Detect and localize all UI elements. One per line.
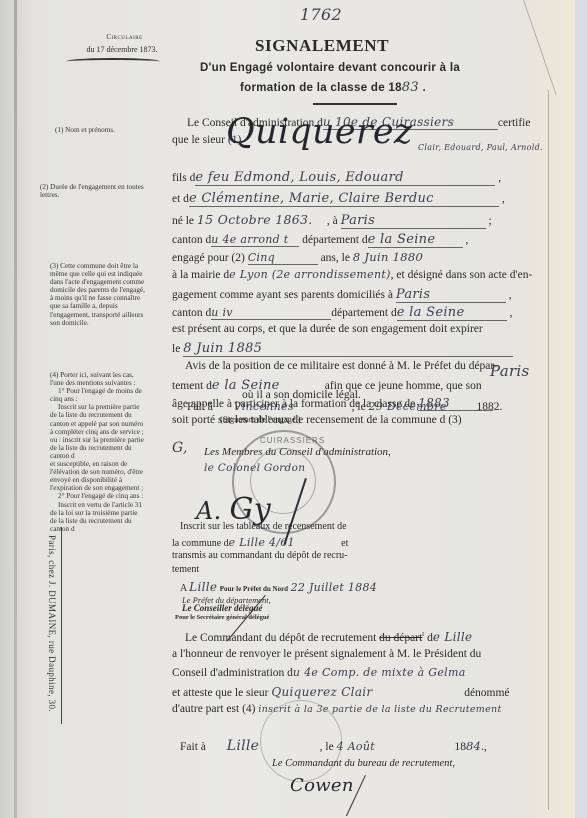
inscription-place-field: Lille xyxy=(189,580,217,594)
parents-line: gagement comme ayant ses parents domicil… xyxy=(172,287,512,303)
fait-le-label: , le xyxy=(352,401,366,413)
father-label: fils d xyxy=(172,172,195,184)
printer-rule xyxy=(61,527,62,724)
canton-label: canton d xyxy=(172,234,211,246)
inscription-line-4: tement xyxy=(172,564,199,575)
inscription-line-1: Inscrit sur les tableaux de recensement … xyxy=(180,521,347,532)
fait2-year-prefix: 18 xyxy=(454,741,466,753)
inscription-prefet-stamp: Pour le Préfet du Nord xyxy=(220,585,288,593)
commandant-line-1: Le Commandant du dépôt de recrutement du… xyxy=(185,630,472,644)
stamp-text-top: CUIRASSIERS xyxy=(260,436,325,445)
recensement-label: soit porté sur les tableaux de recenseme… xyxy=(172,414,462,426)
canton2-label: canton d xyxy=(172,307,211,319)
mairie-line: à la mairie de Lyon (2e arrondissement),… xyxy=(172,268,532,281)
ans-label: ans, le xyxy=(321,252,350,264)
inscription-commune-field: e Lille 4/61 xyxy=(229,536,339,549)
mother-label: et d xyxy=(172,193,189,205)
mairie-end: , et désigné dans son acte d'en- xyxy=(391,269,533,281)
birth-line: né le 15 Octobre 1863., à Paris ; xyxy=(172,212,492,229)
title-rule xyxy=(313,103,397,105)
council-admin-label: Conseil d'administration d xyxy=(172,667,293,679)
atteste-name-field: Quiquerez Clair xyxy=(271,685,461,699)
secretaire-label: Pour le Secrétaire général délégué xyxy=(175,614,269,621)
inscription-et: et xyxy=(341,538,348,549)
dept2-label: département d xyxy=(331,307,396,319)
atteste-label: et atteste que le sieur xyxy=(172,687,268,699)
fait2-le-label: , le xyxy=(320,741,334,753)
subtitle-print: formation de la classe de 18 xyxy=(240,82,402,94)
recensement-line: soit porté sur les tableaux de recenseme… xyxy=(172,414,462,426)
mairie-label: à la mairie d xyxy=(172,269,229,281)
expire-line: le 8 Juin 1885 xyxy=(172,341,513,357)
fait2-label: Fait à xyxy=(180,741,206,753)
council-admin-field: u 4e Comp. de mixte à Gelma xyxy=(293,666,466,679)
commandant-label: Le Commandant du dépôt de recrutement xyxy=(185,632,376,644)
fait-year-field: 1882. xyxy=(476,401,502,413)
commandant-line-2: a l'honneur de renvoyer le présent signa… xyxy=(172,648,481,660)
birth-place-field: Paris xyxy=(341,213,486,229)
fait-line-2: Fait à Lille , le 4 Août 1884., xyxy=(180,738,487,754)
note4-case2-title: 2° Pour l'engagé de cinq ans : xyxy=(50,492,145,500)
document-subtitle-line1: D'un Engagé volontaire devant concourir … xyxy=(200,62,460,74)
engagement-line: engagé pour (2) Cinq ans, le 8 Juin 1880 xyxy=(172,250,423,265)
fait-date-field: 29 Décembre xyxy=(369,400,474,413)
circular-label: Circulaire xyxy=(82,33,167,41)
decorative-brace xyxy=(66,58,160,65)
fait-place-field: Vincennes xyxy=(234,400,349,413)
surname-field: Quiquerez xyxy=(226,112,413,152)
paper-edge-right xyxy=(548,90,549,810)
canton2-line: canton du ivdépartement de la Seine , xyxy=(172,305,513,321)
inscription-a-line: A Lille Pour le Préfet du Nord 22 Juille… xyxy=(180,580,377,594)
fait-label: Fait à xyxy=(187,401,213,413)
document-title: SIGNALEMENT xyxy=(255,36,389,56)
commandant-line-5: d'autre part est (4) inscrit à la 3e par… xyxy=(172,703,502,715)
canton-field: u 4e arrond t xyxy=(211,233,299,247)
a-label: A xyxy=(180,583,187,594)
autre-part-label: d'autre part est (4) xyxy=(172,703,256,715)
recensement-place-field: Paris xyxy=(490,362,530,380)
signature-label: (Signature de l'engagé.) xyxy=(220,414,301,424)
engaged-date-field: 8 Juin 1880 xyxy=(353,250,423,264)
note4-intro: (4) Porter ici, suivant les cas, l'une d… xyxy=(50,371,145,387)
note4-case2-text: Inscrit en vertu de l'article 31 de la l… xyxy=(50,501,145,533)
expire-date-field: 8 Juin 1885 xyxy=(183,341,513,357)
signer-label: Le Commandant du bureau de recrutement, xyxy=(272,758,455,769)
mother-field: e Clémentine, Marie, Claire Berduc xyxy=(189,191,499,207)
note4-case1-text: Inscrit sur la première partie de la lis… xyxy=(50,403,145,460)
commandant-line-4: et atteste que le sieur Quiquerez Clair … xyxy=(172,685,510,699)
father-line: fils de feu Edmond, Louis, Edouard , xyxy=(172,170,501,186)
fait2-date-field: 4 Août xyxy=(337,740,452,753)
avis-text: Avis de la position de ce militaire est … xyxy=(185,360,498,372)
commandant-signature: Cowen xyxy=(290,775,354,796)
document-subtitle-line2: formation de la classe de 1883 . xyxy=(240,80,426,95)
margin-note-4: (4) Porter ici, suivant les cas, l'une d… xyxy=(50,371,145,533)
born-at-label: , à xyxy=(327,215,338,227)
certifie-label: certifie xyxy=(498,117,531,129)
engaged-label: engagé pour (2) xyxy=(172,252,245,264)
canton-line: canton du 4e arrond t département de la … xyxy=(172,232,468,248)
given-names-field: Clair, Edouard, Paul, Arnold. xyxy=(418,143,543,152)
inscription-line-2: la commune de Lille 4/61 et xyxy=(172,536,348,549)
dept-label: département d xyxy=(302,234,367,246)
subtitle-class-year: 83 xyxy=(402,80,419,95)
born-label: né le xyxy=(172,215,194,227)
commandant-line-3: Conseil d'administration du 4e Comp. de … xyxy=(172,666,466,679)
birth-date-field: 15 Octobre 1863. xyxy=(197,212,327,227)
fait2-year-hand: 84 xyxy=(466,739,481,753)
note4-case1-text2: et susceptible, en raison de l'élévation… xyxy=(50,460,145,492)
present-text: est présent au corps, et que la durée de… xyxy=(172,323,483,335)
avis-dept-label: tement d xyxy=(172,380,212,392)
parents-place-field: Paris xyxy=(396,287,506,303)
parents-label: gagement comme ayant ses parents domicil… xyxy=(172,289,393,301)
mairie-field: e Lyon (2e arrondissement) xyxy=(229,268,391,281)
dept2-field: e la Seine xyxy=(397,305,507,321)
paper-edge-left xyxy=(14,0,17,818)
mother-line: et de Clémentine, Marie, Claire Berduc , xyxy=(172,191,505,207)
inscription-date-field: 22 Juillet 1884 xyxy=(291,581,377,594)
margin-note-1: (1) Nom et prénoms. xyxy=(55,126,115,134)
subtitle-period: . xyxy=(422,82,426,94)
fait2-place-field: Lille xyxy=(227,738,317,754)
inscription-line-3: transmis au commandant du dépôt de recru… xyxy=(172,550,348,561)
dept-field: e la Seine xyxy=(368,232,463,248)
fait-line-1: Fait à Vincennes , le 29 Décembre 1882. xyxy=(187,400,502,413)
expire-label: le xyxy=(172,343,180,355)
father-field: e feu Edmond, Louis, Edouard xyxy=(195,170,495,186)
printer-imprint: Paris, chez J. DUMAINE, rue Dauphine, 30… xyxy=(47,535,57,712)
margin-note-2: (2) Durée de l'engagement en toutes lett… xyxy=(40,183,155,199)
margin-note-3: (3) Cette commune doit être la même que … xyxy=(50,262,145,327)
canton2-field: u iv xyxy=(211,306,331,320)
inscription-commune-label: la commune d xyxy=(172,538,229,549)
circular-date: du 17 décembre 1873. xyxy=(62,45,182,54)
members-initial: G, xyxy=(172,440,188,456)
engaged-years-field: Cinq xyxy=(248,251,318,265)
struck-text: du départ xyxy=(379,632,422,644)
denomme-label: dénommé xyxy=(464,687,509,699)
handwritten-number: 1762 xyxy=(300,5,342,24)
note4-case1-title: 1° Pour l'engagé de moins de cinq ans : xyxy=(50,387,145,403)
depot-place-field: e Lille xyxy=(433,630,473,644)
